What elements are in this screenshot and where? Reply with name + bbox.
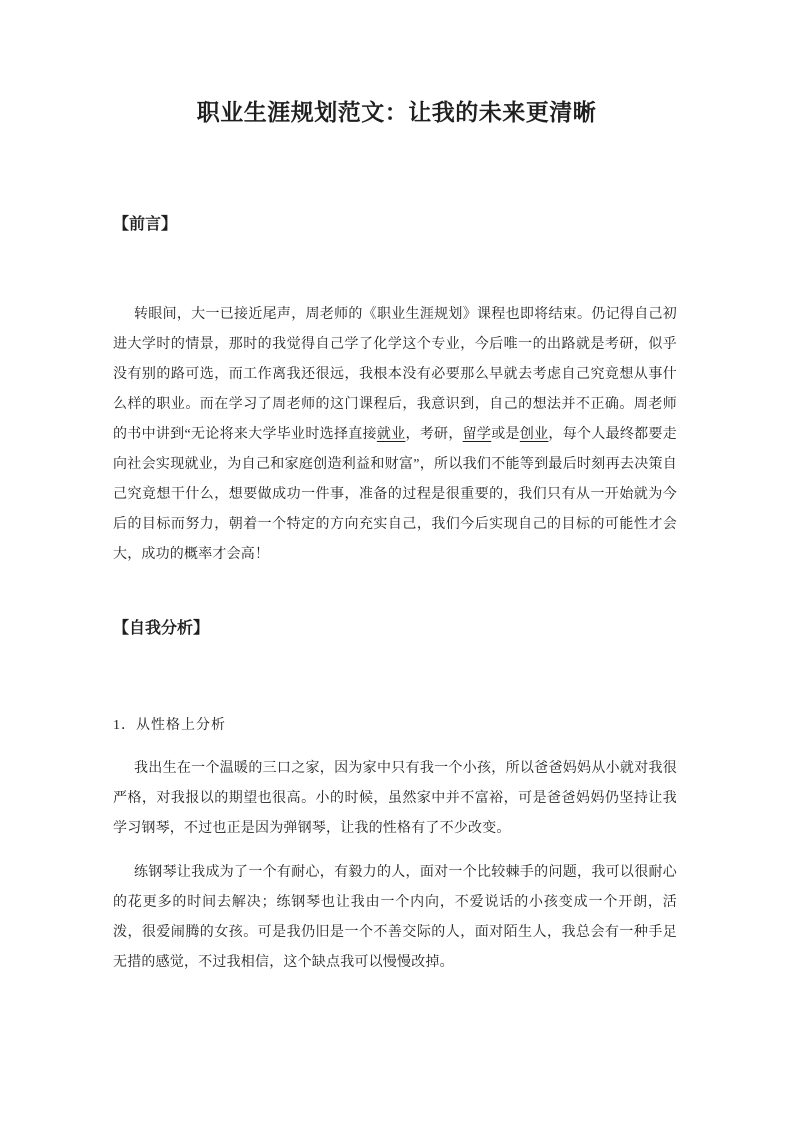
text-segment: 转眼间，大一已接近尾声，周老师的《职业生涯规划》课程也即将结束。仍记得自己初进大… <box>113 307 677 442</box>
document-title: 职业生涯规划范文：让我的未来更清晰 <box>0 97 793 129</box>
personality-paragraph-2: 练钢琴让我成为了一个有耐心，有毅力的人，面对一个比较棘手的问题，我可以很耐心的花… <box>113 858 677 978</box>
preface-paragraph: 转眼间，大一已接近尾声，周老师的《职业生涯规划》课程也即将结束。仍记得自己初进大… <box>113 300 677 570</box>
text-segment: ，每个人最终都要走向社会实现就业，为自己和家庭创造利益和财富”，所以我们不能等到… <box>113 427 677 562</box>
text-segment: ，考研， <box>405 427 462 442</box>
underlined-term: 创业 <box>520 427 549 442</box>
document-page: 职业生涯规划范文：让我的未来更清晰 【前言】 转眼间，大一已接近尾声，周老师的《… <box>0 0 793 1122</box>
text-segment: 或是 <box>491 427 520 442</box>
underlined-term: 留学 <box>463 427 492 442</box>
personality-paragraph-1: 我出生在一个温暖的三口之家，因为家中只有我一个小孩，所以爸爸妈妈从小就对我很严格… <box>113 754 677 844</box>
subsection-title-personality: 1．从性格上分析 <box>113 715 226 737</box>
underlined-term: 就业 <box>377 427 406 442</box>
section-header-self-analysis: 【自我分析】 <box>113 618 209 640</box>
section-header-preface: 【前言】 <box>113 214 177 236</box>
